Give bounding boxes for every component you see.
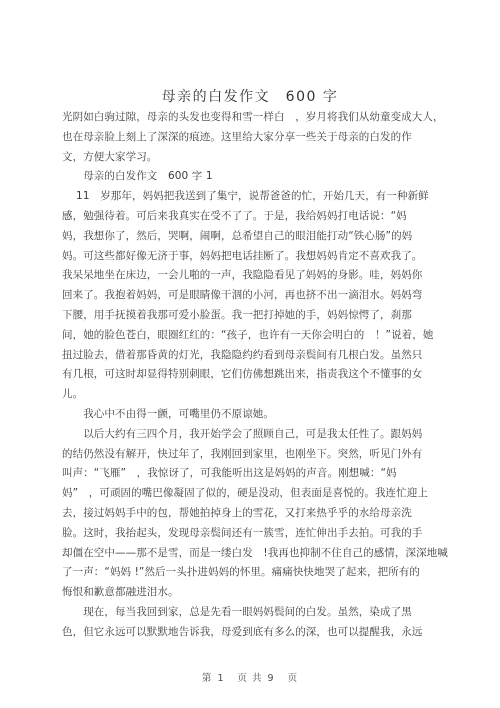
text-line: 回来了。我抱着妈妈，可是眼睛像干涸的小河，再也挤不出一滴泪水。妈妈弯	[62, 286, 458, 306]
text-line: 光阴如白驹过隙，母亲的头发也变得和雪一样白 ，岁月将我们从幼童变成大人，	[62, 108, 458, 128]
text-line: 悔恨和歉意都融进泪水。	[62, 583, 458, 603]
document-body: 光阴如白驹过隙，母亲的头发也变得和雪一样白 ，岁月将我们从幼童变成大人，也在母亲…	[62, 108, 458, 643]
footer-label-of: 页 共	[237, 670, 262, 684]
text-line: 有几根，可这时却显得特别刺眼，它们仿佛想跳出来，指责我这个不懂事的女	[62, 365, 458, 385]
text-line: 现在，每当我回到家，总是先看一眼妈妈鬓间的白发。虽然，染成了黑	[62, 603, 458, 623]
footer-label-prefix: 第	[202, 670, 213, 684]
text-line: 色，但它永远可以默默地告诉我，母爱到底有多么的深，也可以提醒我，永远	[62, 623, 458, 643]
text-line: 也在母亲脸上刻上了深深的痕迹。这里给大家分享一些关于母亲的白发的作	[62, 128, 458, 148]
text-line: 文，方便大家学习。	[62, 148, 458, 168]
footer-total-pages: 9	[268, 673, 275, 684]
text-line: 了一声：“妈妈 !”然后一头扑进妈妈的怀里。痛痛快快地哭了起来，把所有的	[62, 563, 458, 583]
text-line: 脸。这时，我抬起头，发现母亲鬓间还有一簇雪，连忙伸出手去拍。可我的手	[62, 524, 458, 544]
text-line: 叫声：“飞雁” ，我惊讶了，可我能听出这是妈妈的声音。刚想喊：“妈	[62, 464, 458, 484]
text-line: 以后大约有三四个月，我开始学会了照顾自己，可是我太任性了。跟妈妈	[62, 425, 458, 445]
text-line: 11 岁那年，妈妈把我送到了集宁，说帮爸爸的忙，开始几天，有一种新鲜	[62, 187, 458, 207]
text-line: 妈，我想你了，然后，哭啊，闹啊，总希望自己的眼泪能打动“铁心肠”的妈	[62, 227, 458, 247]
text-line: 母亲的白发作文 600 字 1	[62, 167, 458, 187]
text-line: 感，勉强待着。可后来我真实在受不了了。于是，我给妈妈打电话说：“妈	[62, 207, 458, 227]
document-page: 母亲的白发作文 600 字 光阴如白驹过隙，母亲的头发也变得和雪一样白 ，岁月将…	[0, 0, 500, 708]
footer-page-number: 1	[217, 673, 224, 684]
text-line: 扭过脸去，借着那昏黄的灯光，我隐隐约约看到母亲鬓间有几根白发。虽然只	[62, 346, 458, 366]
text-line: 妈” ，可顽固的嘴巴像凝固了似的，硬是没动，但表面是喜悦的。我连忙迎上	[62, 484, 458, 504]
text-line: 的结仍然没有解开，快过年了，我刚回到家里，也刚坐下。突然，听见门外有	[62, 445, 458, 465]
page-footer: 第1页 共9页	[0, 670, 500, 684]
text-line: 却僵在空中——那不是雪，而是一缕白发 !我再也抑制不住自己的感情，深深地喊	[62, 544, 458, 564]
text-line: 去，接过妈妈手中的包，帮她拍掉身上的雪花，又打来热乎乎的水给母亲洗	[62, 504, 458, 524]
text-line: 我呆呆地坐在床边，一会儿啪的一声，我隐隐看见了妈妈的身影。哇，妈妈你	[62, 266, 458, 286]
text-line: 下腰，用手抚摸着我那可爱小脸蛋。我一把打掉她的手，妈妈惊愕了，刹那	[62, 306, 458, 326]
text-line: 我心中不由得一颤，可嘴里仍不原谅她。	[62, 405, 458, 425]
text-line: 儿。	[62, 385, 458, 405]
footer-label-suffix: 页	[288, 670, 299, 684]
text-line: 妈。可这些都好像无济于事，妈妈把电话挂断了。我想妈妈肯定不喜欢我了。	[62, 247, 458, 267]
text-line: 间，她的脸色苍白，眼圈红红的：“孩子，也许有一天你会明白的 ！”说着，她	[62, 326, 458, 346]
document-title: 母亲的白发作文 600 字	[0, 86, 500, 106]
